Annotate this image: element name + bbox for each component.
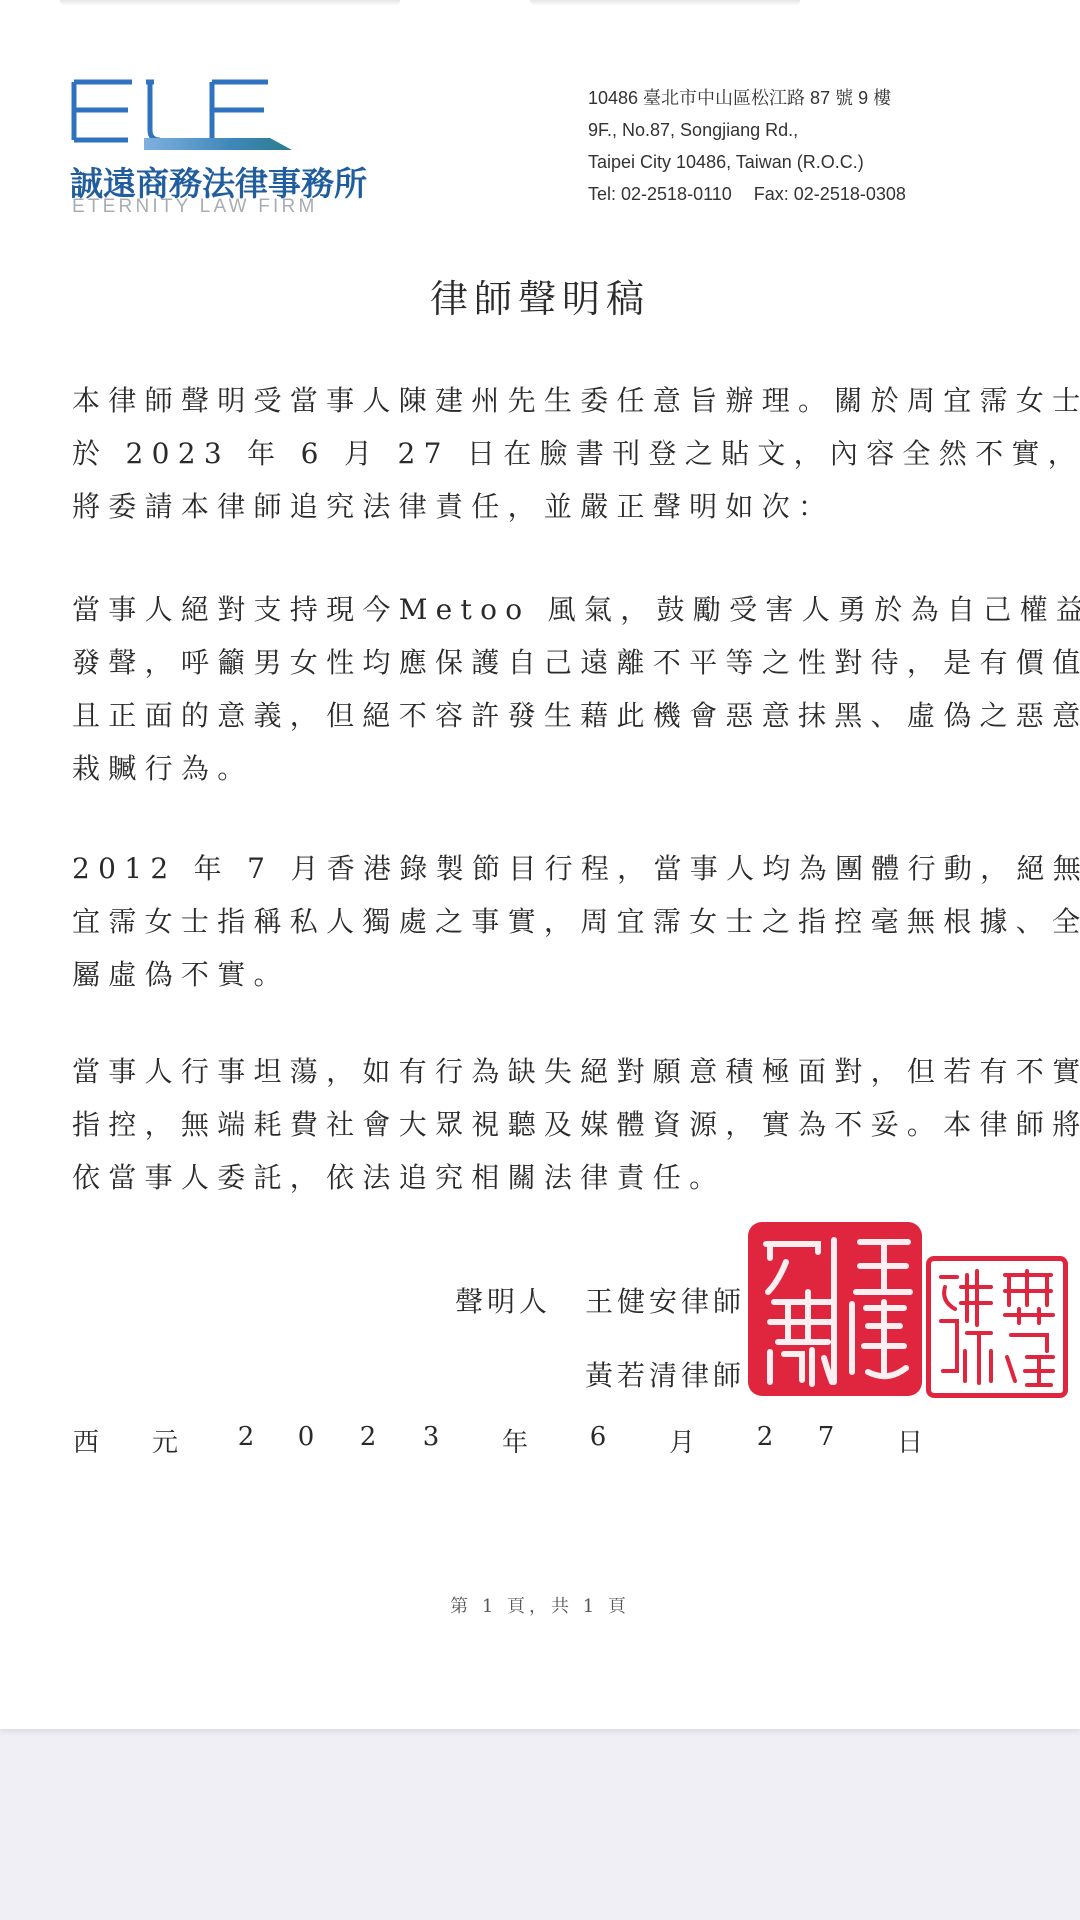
address-line: 9F., No.87, Songjiang Rd., bbox=[588, 114, 906, 146]
paragraph-line: 於 2023 年 6 月 27 日在臉書刊登之貼文，內容全然不實，當事人 bbox=[72, 427, 932, 480]
statement-date: 西 元 2 0 2 3 年 6 月 2 7 日 bbox=[0, 1422, 1080, 1462]
paragraph-line: 屬虛偽不實。 bbox=[72, 948, 932, 1001]
paragraph-line: 發聲，呼籲男女性均應保護自己遠離不平等之性對待，是有價值 bbox=[72, 636, 932, 689]
tel-number: Tel: 02-2518-0110 bbox=[588, 184, 732, 204]
seal-stamp-icon bbox=[748, 1222, 922, 1396]
paragraph-line: 指控，無端耗費社會大眾視聽及媒體資源，實為不妥。本律師將 bbox=[72, 1098, 932, 1151]
paragraph-metoo: 當事人絕對支持現今Metoo 風氣，鼓勵受害人勇於為自己權益 發聲，呼籲男女性均… bbox=[72, 583, 932, 795]
paragraph-line: 當事人行事坦蕩，如有行為缺失絕對願意積極面對，但若有不實 bbox=[72, 1045, 932, 1098]
paragraph-line: 栽贓行為。 bbox=[72, 742, 932, 795]
paragraph-line: 且正面的意義，但絕不容許發生藉此機會惡意抹黑、虛偽之惡意 bbox=[72, 689, 932, 742]
address-line: Taipei City 10486, Taiwan (R.O.C.) bbox=[588, 146, 906, 178]
date-char: 2 bbox=[238, 1422, 255, 1452]
firm-name-en: ETERNITY LAW FIRM bbox=[72, 196, 317, 218]
date-char: 西 bbox=[73, 1422, 99, 1459]
paragraph-line: 本律師聲明受當事人陳建州先生委任意旨辦理。關於周宜霈女士 bbox=[72, 374, 932, 427]
date-char: 6 bbox=[590, 1422, 607, 1452]
signatory-name: 王健安律師 bbox=[585, 1280, 745, 1320]
date-char: 7 bbox=[818, 1422, 835, 1452]
firm-address: 10486 臺北市中山區松江路 87 號 9 樓 9F., No.87, Son… bbox=[588, 82, 906, 210]
page-number: 第 1 頁，共 1 頁 bbox=[0, 1592, 1080, 1618]
address-line: 10486 臺北市中山區松江路 87 號 9 樓 bbox=[588, 82, 906, 114]
fax-number: Fax: 02-2518-0308 bbox=[754, 184, 906, 204]
date-char: 元 bbox=[152, 1422, 178, 1459]
seal-stamp-huang bbox=[926, 1256, 1068, 1398]
paragraph-line: 2012 年 7 月香港錄製節目行程，當事人均為團體行動，絕無周 bbox=[72, 842, 932, 895]
contact-line: Tel: 02-2518-0110Fax: 02-2518-0308 bbox=[588, 178, 906, 210]
paragraph-line: 宜霈女士指稱私人獨處之事實，周宜霈女士之指控毫無根據、全 bbox=[72, 895, 932, 948]
document-page: 誠遠商務法律事務所 ETERNITY LAW FIRM 10486 臺北市中山區… bbox=[0, 0, 1080, 1729]
document-title: 律師聲明稿 bbox=[0, 268, 1080, 323]
date-char: 2 bbox=[360, 1422, 377, 1452]
signatory-label: 聲明人 bbox=[455, 1280, 551, 1320]
paragraph-legal-action: 當事人行事坦蕩，如有行為缺失絕對願意積極面對，但若有不實 指控，無端耗費社會大眾… bbox=[72, 1045, 932, 1204]
date-char: 日 bbox=[897, 1422, 923, 1459]
firm-logo: 誠遠商務法律事務所 ETERNITY LAW FIRM bbox=[70, 78, 390, 218]
date-char: 3 bbox=[423, 1422, 440, 1452]
seal-stamp-wang bbox=[748, 1222, 922, 1396]
date-char: 年 bbox=[502, 1422, 528, 1459]
date-char: 0 bbox=[298, 1422, 315, 1452]
top-shadow bbox=[530, 0, 800, 6]
seal-stamp-icon bbox=[931, 1261, 1063, 1393]
paragraph-2012-hongkong: 2012 年 7 月香港錄製節目行程，當事人均為團體行動，絕無周 宜霈女士指稱私… bbox=[72, 842, 932, 1001]
top-shadow bbox=[60, 0, 400, 6]
paragraph-line: 依當事人委託，依法追究相關法律責任。 bbox=[72, 1151, 932, 1204]
date-char: 月 bbox=[669, 1422, 695, 1459]
paragraph-intro: 本律師聲明受當事人陳建州先生委任意旨辦理。關於周宜霈女士 於 2023 年 6 … bbox=[72, 374, 932, 533]
paragraph-line: 當事人絕對支持現今Metoo 風氣，鼓勵受害人勇於為自己權益 bbox=[72, 583, 932, 636]
ele-logo-icon bbox=[70, 78, 390, 158]
signatory-name: 黃若清律師 bbox=[585, 1354, 745, 1394]
date-char: 2 bbox=[757, 1422, 774, 1452]
paragraph-line: 將委請本律師追究法律責任，並嚴正聲明如次： bbox=[72, 480, 932, 533]
